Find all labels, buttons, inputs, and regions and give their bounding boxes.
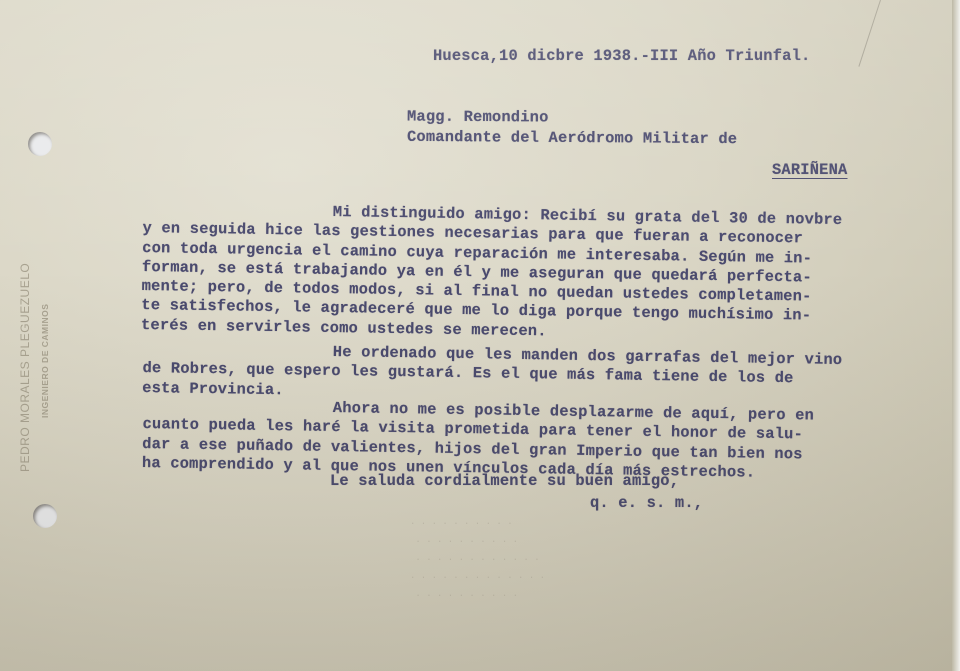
page-edge	[952, 0, 960, 671]
letterhead-stamp-name: PEDRO MORALES PLEGUEZUELO	[18, 263, 32, 472]
letter-page: PEDRO MORALES PLEGUEZUELO INGENIERO DE C…	[0, 0, 952, 671]
bleed-through-marks: · · · · · · · · · · · · · · · · · · · · …	[410, 515, 545, 605]
punch-hole-bottom	[33, 504, 57, 528]
dateline: Huesca,10 dicbre 1938.-III Año Triunfal.	[433, 47, 810, 65]
recipient-position: Comandante del Aeródromo Militar de	[407, 128, 737, 148]
recipient-place: SARIÑENA	[772, 161, 848, 179]
punch-hole-top	[28, 132, 52, 156]
closing-line: Le saluda cordialmente su buen amigo,	[330, 472, 679, 490]
paragraph-1: Mi distinguido amigo: Recibí su grata de…	[141, 200, 953, 348]
letterhead-stamp-title: INGENIERO DE CAMINOS	[40, 304, 50, 418]
paper-crease	[858, 0, 881, 67]
recipient-name: Magg. Remondino	[407, 108, 549, 127]
closing-abbreviation: q. e. s. m.,	[590, 494, 703, 512]
